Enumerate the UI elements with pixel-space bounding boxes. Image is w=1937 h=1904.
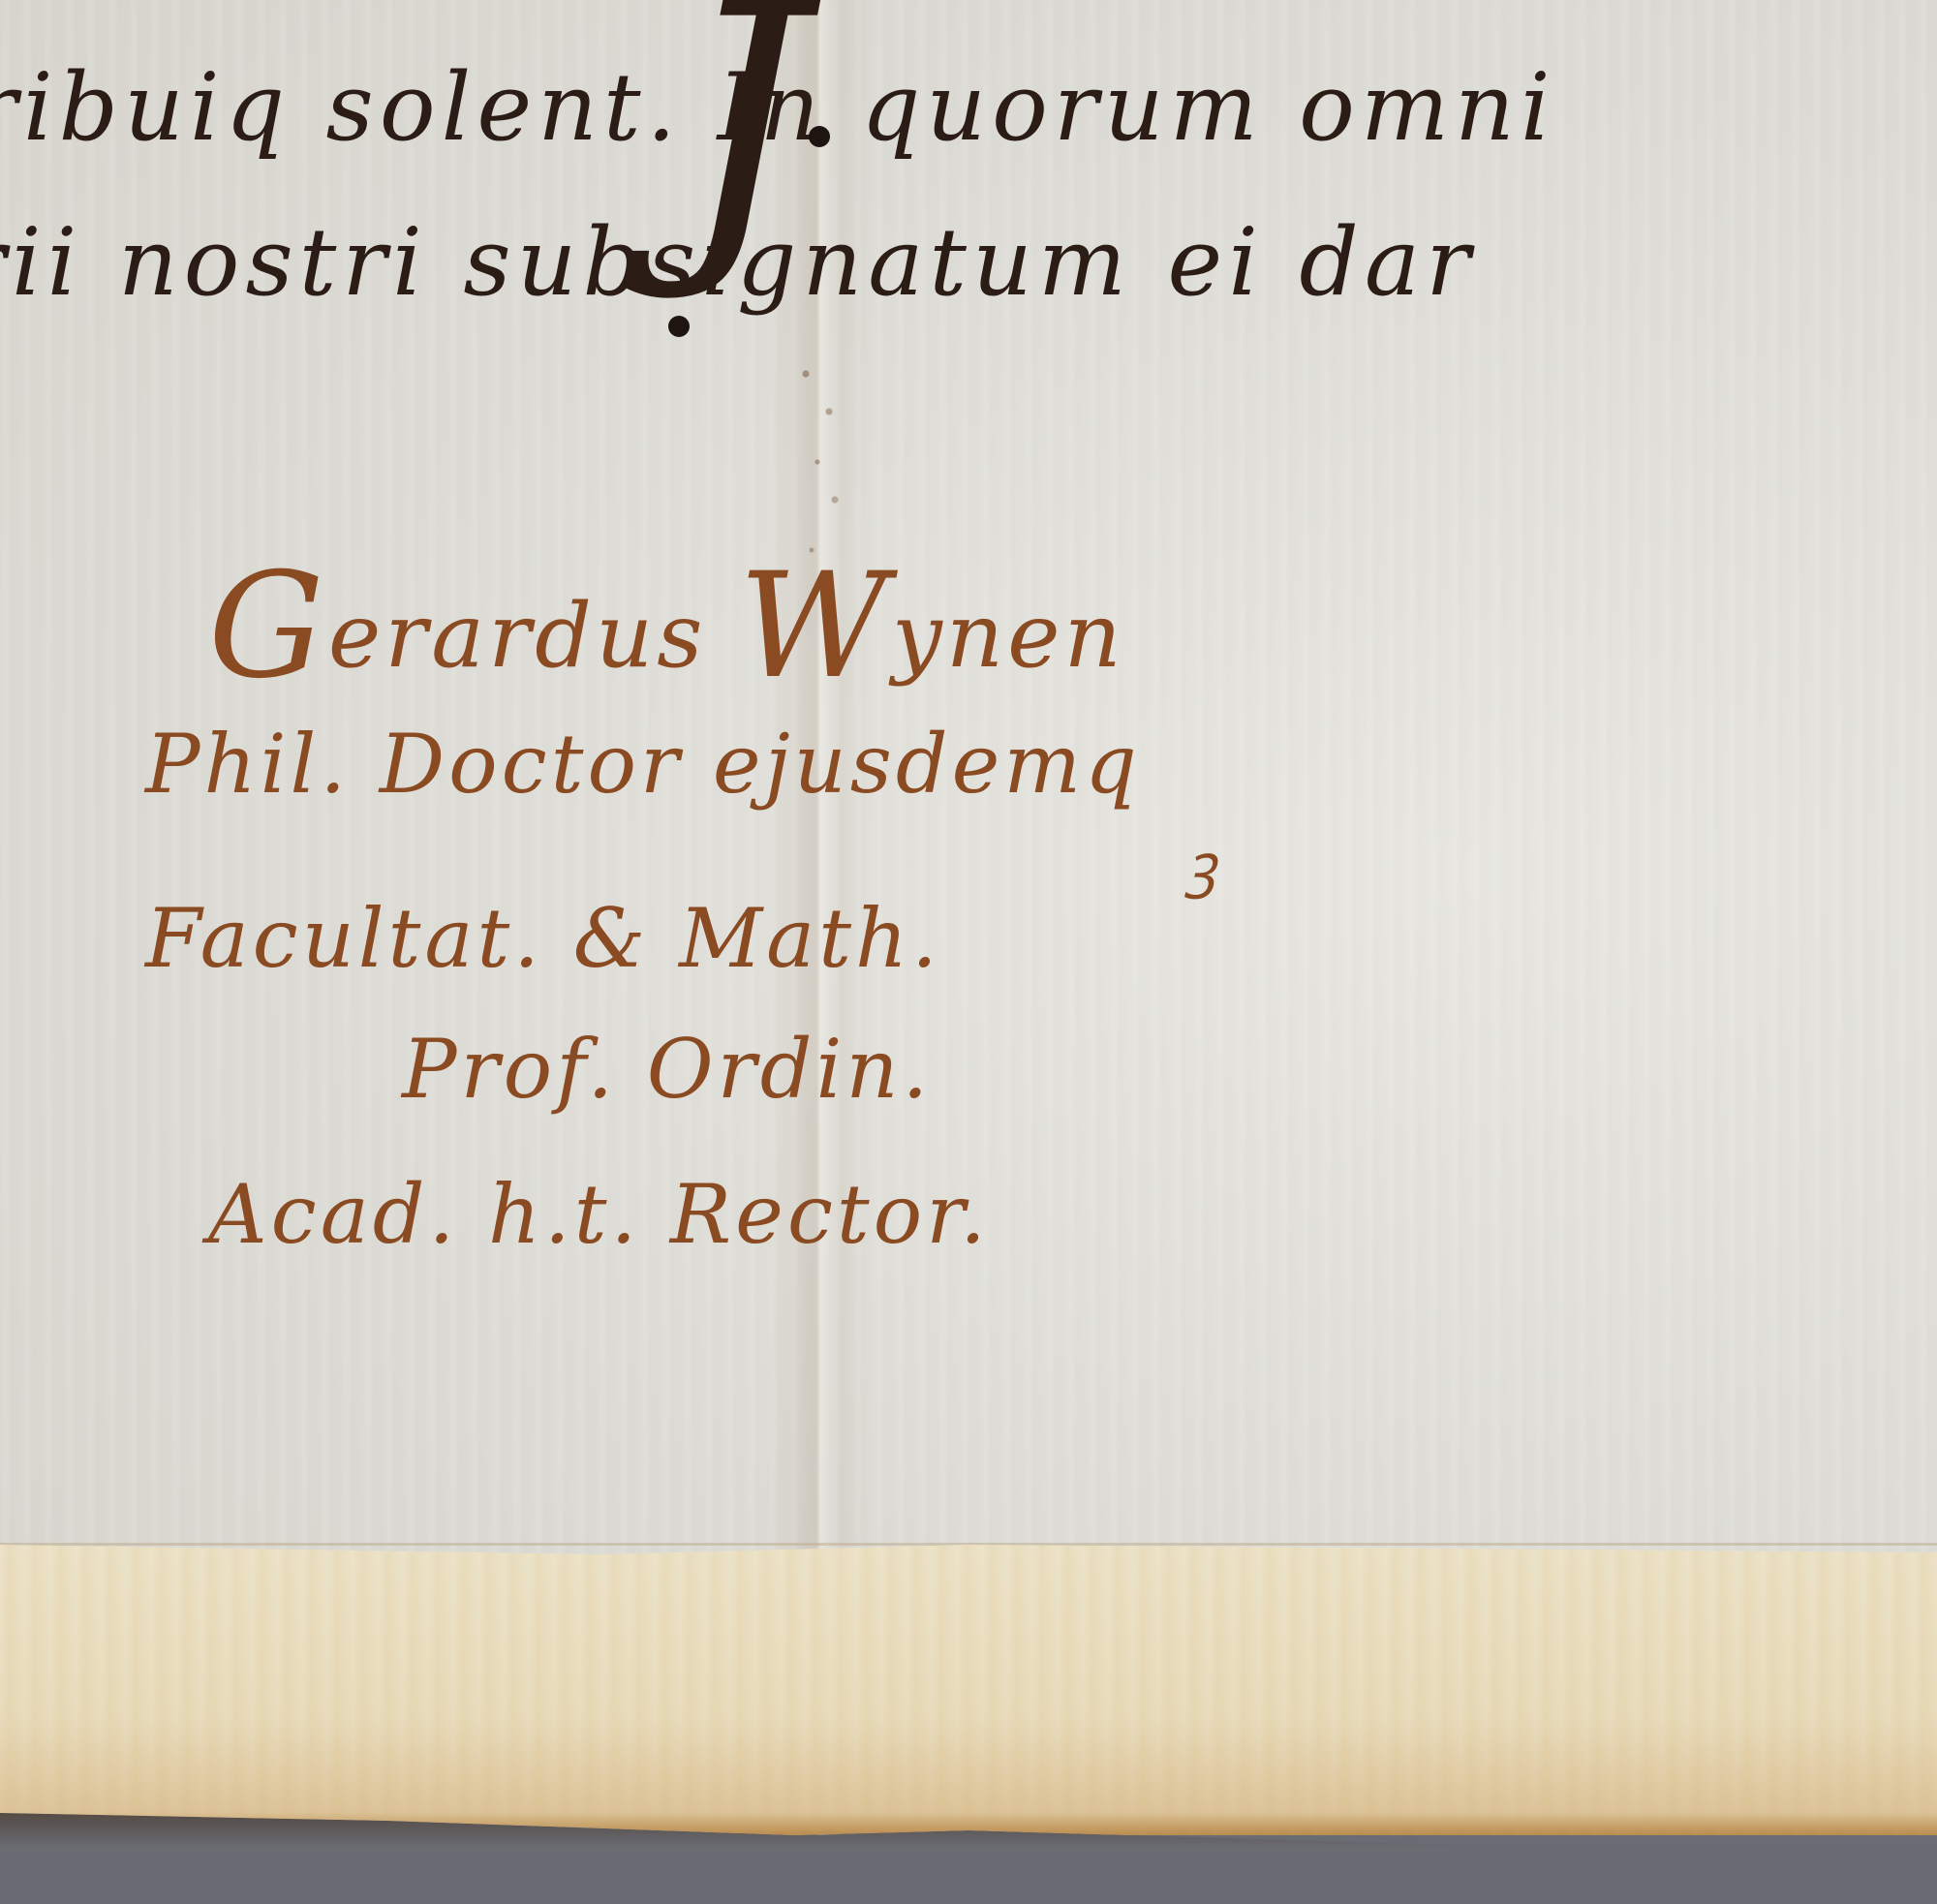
signature-title-line-3: Prof. Ordin.: [402, 1022, 932, 1117]
signature-title-line-1: Phil. Doctor ejusdemq: [145, 717, 1141, 812]
body-text-line-2: rii nostri subsignatum ei dar: [0, 208, 1476, 317]
surname: ynen: [892, 584, 1125, 688]
abbreviation-mark: ꝫ: [1186, 823, 1216, 903]
signature-name: Gerardus Wynen: [208, 542, 1125, 711]
body-text-line-2-text: rii nostri subsignatum ei dar: [0, 208, 1476, 317]
ink-dot-flourish: [668, 316, 690, 337]
signature-title-line-2: Facultat. & Math.: [145, 891, 941, 986]
signature-title-line-4: Acad. h.t. Rector.: [208, 1167, 990, 1262]
first-name: erardus: [328, 584, 707, 688]
ink-full-stop: [809, 126, 830, 147]
name-initial: G: [208, 542, 328, 711]
yellowed-lower-band: [0, 1545, 1937, 1835]
surname-initial: W: [739, 542, 892, 711]
